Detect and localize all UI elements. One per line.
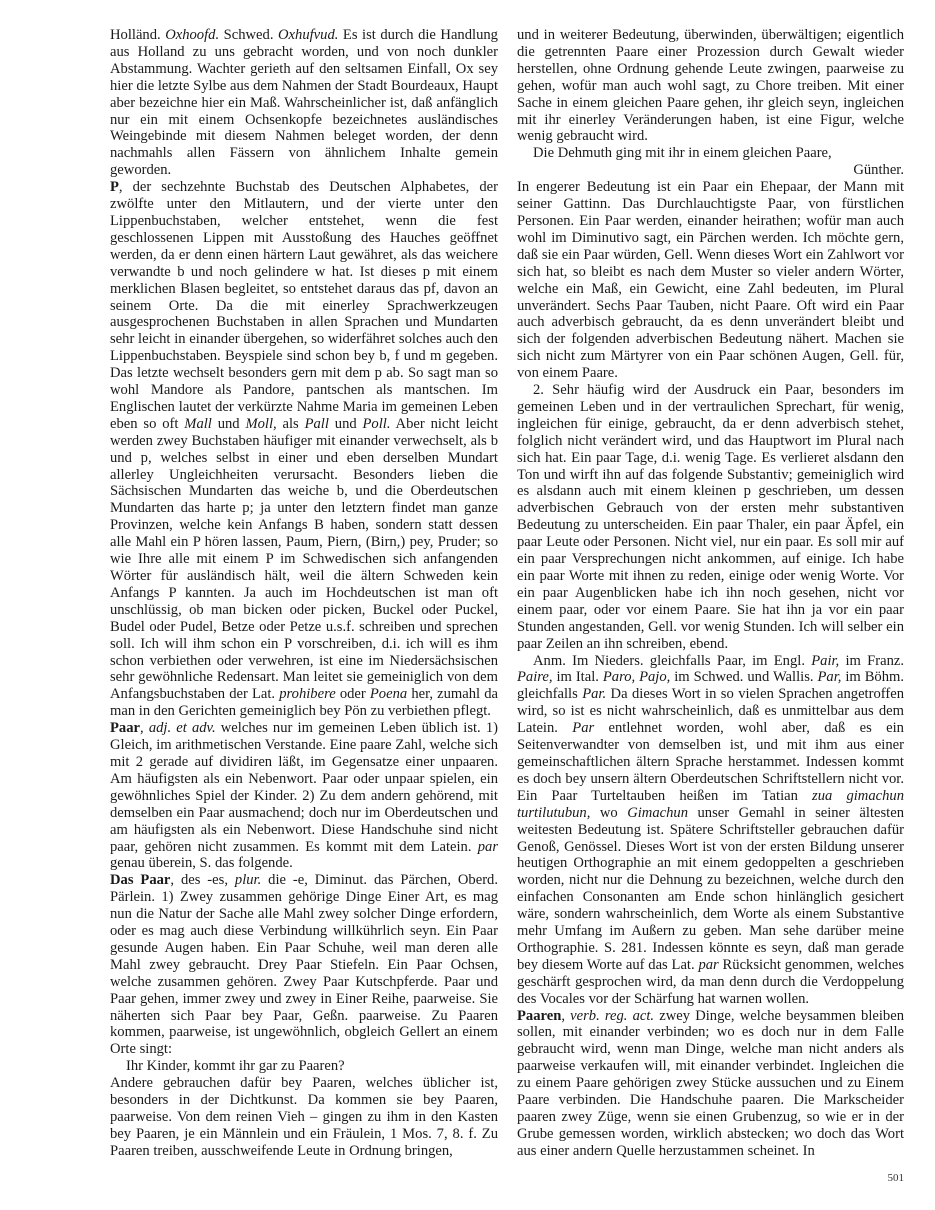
sense-ehepaar: In engerer Bedeutung ist ein Paar ein Eh… — [517, 179, 904, 382]
sense-2: 2. Sehr häufig wird der Ausdruck ein Paa… — [517, 382, 904, 653]
headword: Paar — [110, 720, 140, 736]
verse-quote: Ihr Kinder, kommt ihr gar zu Paaren? — [110, 1058, 498, 1075]
grammar-label: adj. et adv. — [149, 720, 216, 736]
italic-term: Oxhufvud. — [278, 27, 338, 43]
right-column: und in weiterer Bedeutung, überwinden, ü… — [517, 27, 904, 1160]
italic-term: Mall — [184, 416, 212, 432]
italic-term: Par. — [582, 686, 606, 702]
left-column: Holländ. Oxhoofd. Schwed. Oxhufvud. Es i… — [110, 27, 498, 1160]
italic-term: Par, — [817, 669, 841, 685]
grammar-label: verb. reg. act. — [570, 1008, 654, 1024]
italic-term: Paire, — [517, 669, 553, 685]
italic-term: Pair, — [811, 653, 839, 669]
entry-continuation-oxhoft: Holländ. Oxhoofd. Schwed. Oxhufvud. Es i… — [110, 27, 498, 179]
entry-paar-adj: Paar, adj. et adv. welches nur im gemein… — [110, 720, 498, 872]
verse-quote: Die Dehmuth ging mit ihr in einem gleich… — [517, 145, 904, 162]
etymology-note: Anm. Im Nieders. gleichfalls Paar, im En… — [517, 653, 904, 1008]
italic-term: Pall — [305, 416, 329, 432]
italic-term: Poena — [370, 686, 407, 702]
entry-p: P, der sechzehnte Buchstab des Deutschen… — [110, 179, 498, 720]
italic-term: Oxhoofd. — [165, 27, 219, 43]
headword: Paaren — [517, 1008, 561, 1024]
entry-das-paar: Das Paar, des -es, plur. die -e, Diminut… — [110, 872, 498, 1058]
headword: Das Paar — [110, 872, 170, 888]
italic-term: par — [698, 957, 718, 973]
italic-term: prohibere — [279, 686, 335, 702]
italic-term: Poll. — [363, 416, 391, 432]
italic-term: Paro, Pajo, — [603, 669, 670, 685]
italic-term: par — [478, 839, 498, 855]
italic-term: Moll, — [245, 416, 276, 432]
entry-paaren: Paaren, verb. reg. act. zwey Dinge, welc… — [517, 1008, 904, 1160]
entry-das-paar-cont: Andere gebrauchen dafür bey Paaren, welc… — [110, 1075, 498, 1160]
dictionary-page: Holländ. Oxhoofd. Schwed. Oxhufvud. Es i… — [0, 0, 935, 1210]
grammar-label: plur. — [235, 872, 261, 888]
verse-attribution: Günther. — [517, 162, 904, 179]
headword: P — [110, 179, 119, 195]
italic-term: Gimachun — [627, 805, 688, 821]
italic-term: Par — [572, 720, 594, 736]
page-number: 501 — [888, 1172, 905, 1184]
entry-das-paar-cont2: und in weiterer Bedeutung, überwinden, ü… — [517, 27, 904, 145]
